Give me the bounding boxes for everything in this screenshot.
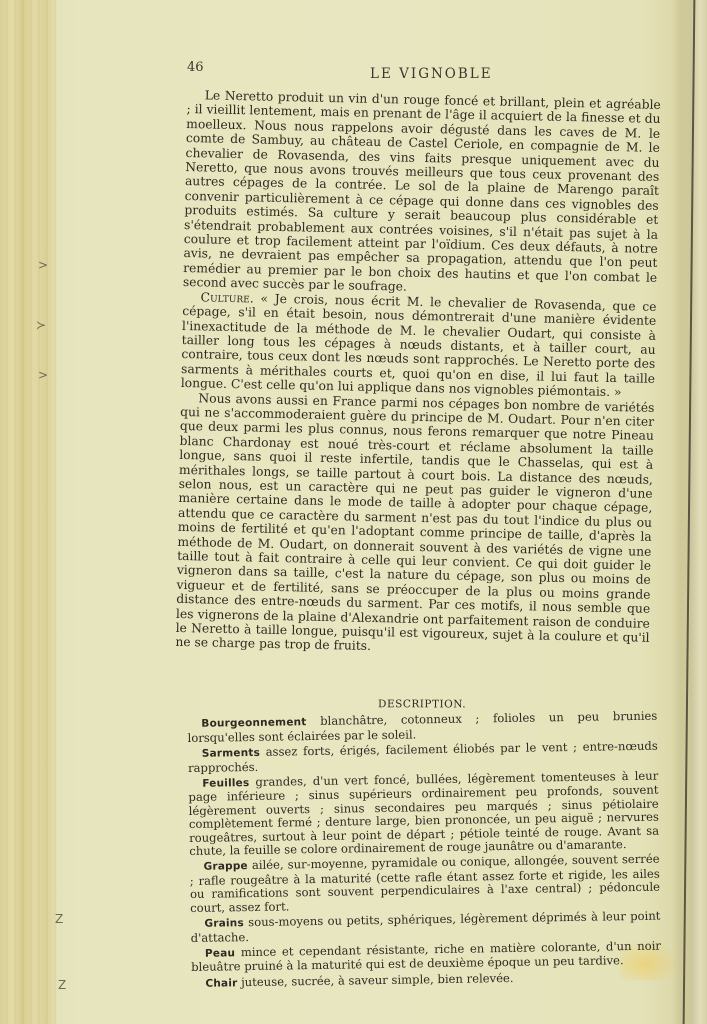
paragraph-culture-text: « Je crois, nous écrit M. le chevalier d… bbox=[181, 291, 657, 399]
description-text: mince et cependant résistante, riche en … bbox=[191, 938, 661, 974]
margin-mark: > bbox=[38, 368, 48, 382]
description-entry: Feuilles grandes, d'un vert foncé, bullé… bbox=[188, 770, 659, 859]
paragraph-neretto-wine: Le Neretto produit un vin d'un rouge fon… bbox=[183, 88, 661, 300]
description-text: juteuse, sucrée, à saveur simple, bien r… bbox=[237, 971, 513, 989]
description-text: ailée, sur-moyenne, pyramidale ou coniqu… bbox=[190, 852, 660, 915]
margin-mark: > bbox=[38, 258, 48, 272]
description-term: Peau bbox=[205, 947, 235, 959]
description-text: grandes, d'un vert foncé, bullées, légèr… bbox=[188, 769, 659, 858]
description-section: DESCRIPTION. Bourgeonnement blanchâtre, … bbox=[187, 695, 662, 993]
description-term: Grains bbox=[204, 917, 244, 930]
paragraph-culture: Culture. « Je crois, nous écrit M. le ch… bbox=[181, 290, 657, 401]
description-heading: DESCRIPTION. bbox=[187, 698, 657, 712]
margin-mark: Z bbox=[58, 978, 66, 992]
running-head: LE VIGNOBLE bbox=[370, 66, 493, 82]
description-term: Grappe bbox=[204, 861, 248, 874]
margin-mark: ≻ bbox=[36, 318, 46, 332]
description-term: Feuilles bbox=[202, 777, 249, 790]
body-text: Le Neretto produit un vin d'un rouge fon… bbox=[175, 88, 661, 660]
page-gutter-edges bbox=[0, 0, 58, 1024]
description-entry: Grappe ailée, sur-moyenne, pyramidale ou… bbox=[189, 853, 660, 915]
book-page: > ≻ > Z Z 46 LE VIGNOBLE Le Neretto prod… bbox=[0, 0, 707, 1024]
paragraph-france-varieties: Nous avons aussi en France parmi nos cép… bbox=[175, 390, 654, 659]
margin-mark: Z bbox=[55, 912, 63, 926]
description-term: Sarments bbox=[202, 747, 260, 760]
description-term: Chair bbox=[205, 977, 237, 990]
description-term: Bourgeonnement bbox=[201, 717, 306, 731]
page-number: 46 bbox=[187, 60, 204, 75]
section-lead-culture: Culture. bbox=[200, 290, 253, 305]
